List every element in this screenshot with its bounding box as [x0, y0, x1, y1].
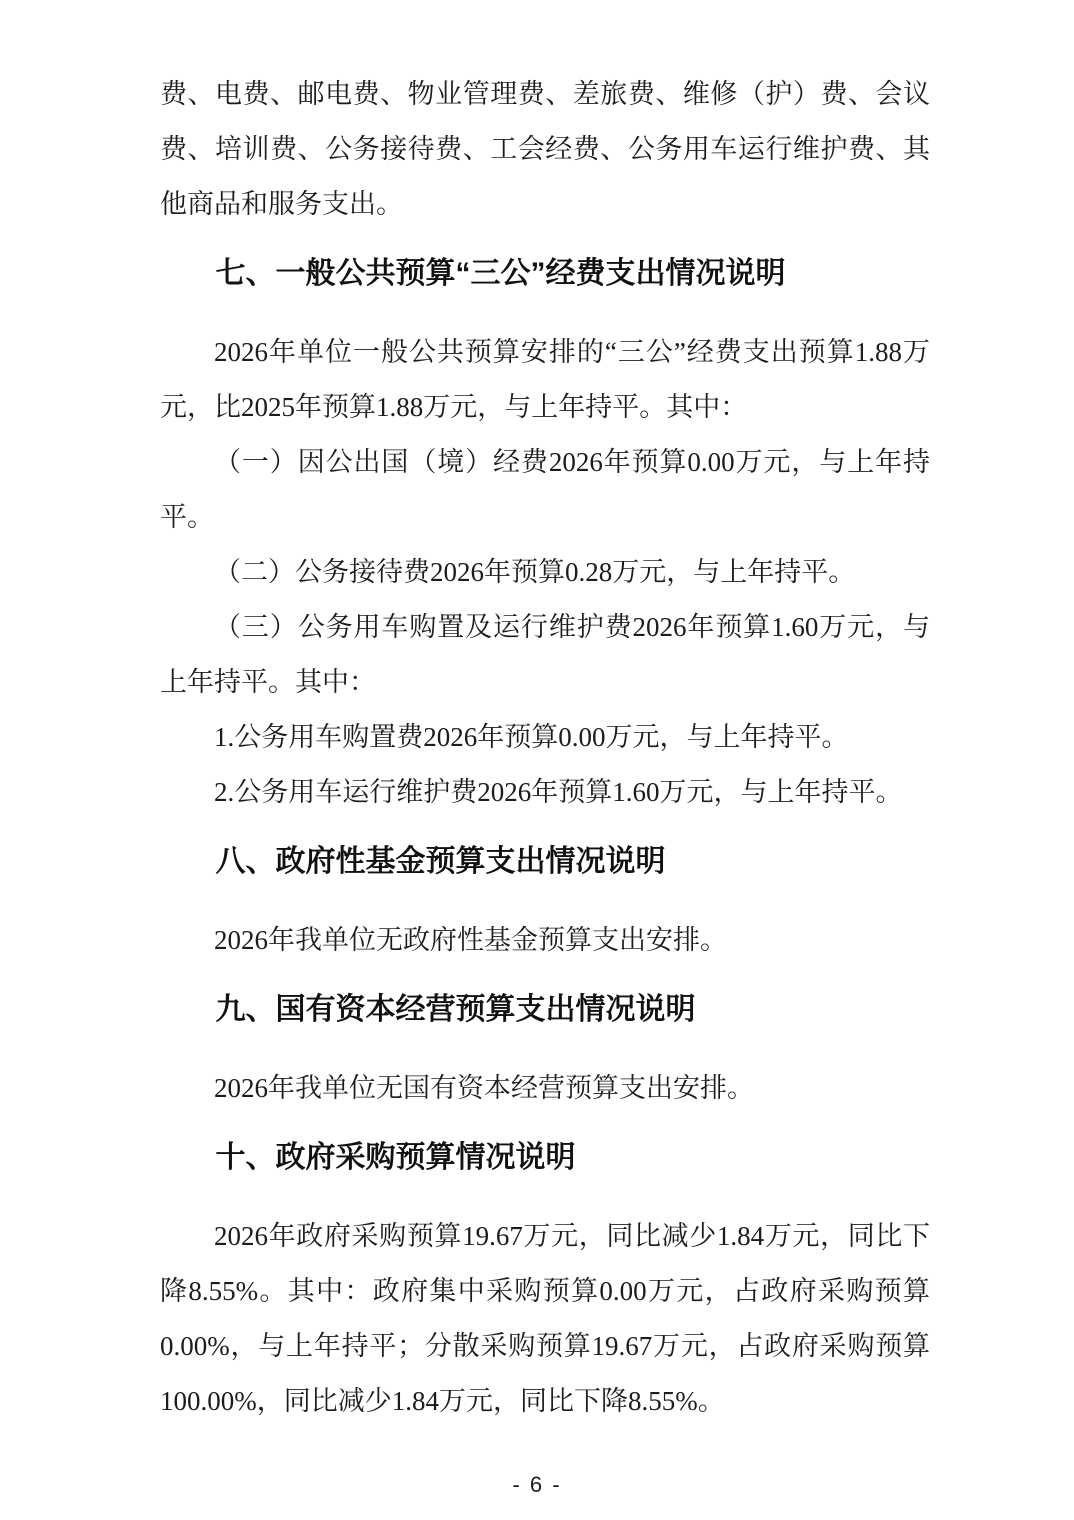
page-number: - 6 -	[0, 1472, 1074, 1498]
paragraph-three-public-summary: 2026年单位一般公共预算安排的“三公”经费支出预算1.88万元，比2025年预…	[160, 325, 930, 435]
section-heading-ten: 十、政府采购预算情况说明	[160, 1130, 930, 1185]
paragraph-gov-procurement: 2026年政府采购预算19.67万元，同比减少1.84万元，同比下降8.55%。…	[160, 1209, 930, 1429]
paragraph-state-capital: 2026年我单位无国有资本经营预算支出安排。	[160, 1061, 930, 1116]
section-heading-nine: 九、国有资本经营预算支出情况说明	[160, 982, 930, 1037]
paragraph-gov-fund: 2026年我单位无政府性基金预算支出安排。	[160, 913, 930, 968]
paragraph-vehicle-maintenance: 2.公务用车运行维护费2026年预算1.60万元，与上年持平。	[160, 765, 930, 820]
paragraph-vehicle-purchase: 1.公务用车购置费2026年预算0.00万元，与上年持平。	[160, 710, 930, 765]
paragraph-item-one-abroad: （一）因公出国（境）经费2026年预算0.00万元，与上年持平。	[160, 435, 930, 545]
paragraph-continuation: 费、电费、邮电费、物业管理费、差旅费、维修（护）费、会议费、培训费、公务接待费、…	[160, 67, 930, 232]
document-page: 费、电费、邮电费、物业管理费、差旅费、维修（护）费、会议费、培训费、公务接待费、…	[0, 0, 1074, 1520]
paragraph-item-two-reception: （二）公务接待费2026年预算0.28万元，与上年持平。	[160, 545, 930, 600]
paragraph-item-three-vehicle: （三）公务用车购置及运行维护费2026年预算1.60万元，与上年持平。其中：	[160, 600, 930, 710]
section-heading-seven: 七、一般公共预算“三公”经费支出情况说明	[160, 246, 930, 301]
section-heading-eight: 八、政府性基金预算支出情况说明	[160, 834, 930, 889]
